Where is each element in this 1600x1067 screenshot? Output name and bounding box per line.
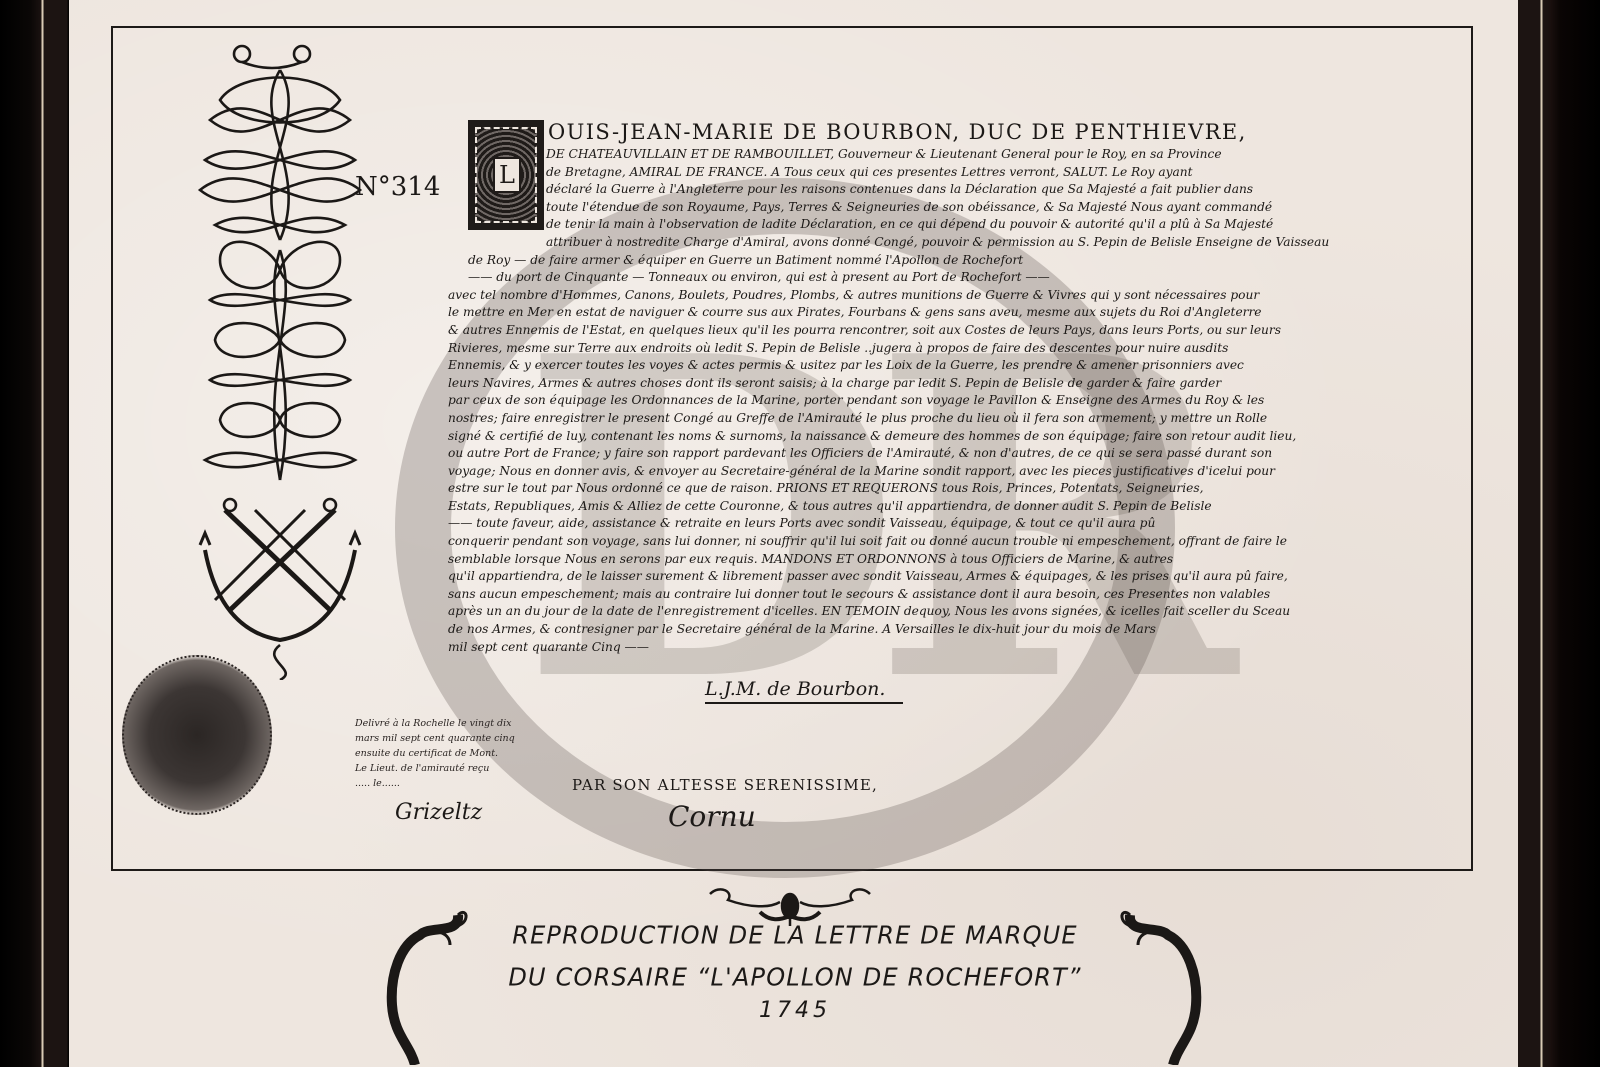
calligraphic-flourish-icon bbox=[180, 40, 380, 680]
body-line: ou autre Port de France; y faire son rap… bbox=[448, 445, 1278, 463]
bourbon-signature: L.J.M. de Bourbon. bbox=[705, 678, 903, 704]
attestation-line: PAR SON ALTESSE SERENISSIME, bbox=[572, 776, 878, 794]
body-line: mil sept cent quarante Cinq —— bbox=[448, 639, 1278, 657]
body-line: de Bretagne, AMIRAL DE FRANCE. A Tous ce… bbox=[448, 164, 1278, 182]
body-line: estre sur le tout par Nous ordonné ce qu… bbox=[448, 480, 1278, 498]
body-line: semblable lorsque Nous en serons par eux… bbox=[448, 551, 1278, 569]
letter-body: OUIS-JEAN-MARIE DE BOURBON, DUC DE PENTH… bbox=[448, 118, 1278, 656]
note-line: Delivré à la Rochelle le vingt dix bbox=[355, 716, 555, 731]
body-line: qu'il appartiendra, de le laisser sureme… bbox=[448, 568, 1278, 586]
caption-title: REPRODUCTION DE LA LETTRE DE MARQUE bbox=[380, 913, 1210, 957]
note-line: ensuite du certificat de Mont. bbox=[355, 746, 555, 761]
body-line: leurs Navires, Armes & autres choses don… bbox=[448, 375, 1278, 393]
body-line: voyage; Nous en donner avis, & envoyer a… bbox=[448, 463, 1278, 481]
body-line: signé & certifié de luy, contenant les n… bbox=[448, 428, 1278, 446]
body-line: Estats, Republiques, Amis & Alliez de ce… bbox=[448, 498, 1278, 516]
body-line: avec tel nombre d'Hommes, Canons, Boulet… bbox=[448, 287, 1278, 305]
body-line: Rivieres, mesme sur Terre aux endroits o… bbox=[448, 340, 1278, 358]
body-line: attribuer à nostredite Charge d'Amiral, … bbox=[448, 234, 1278, 252]
registration-note: Delivré à la Rochelle le vingt dix mars … bbox=[355, 716, 555, 791]
body-line: par ceux de son équipage les Ordonnances… bbox=[448, 392, 1278, 410]
letter-heading: OUIS-JEAN-MARIE DE BOURBON, DUC DE PENTH… bbox=[448, 118, 1278, 146]
body-line: DE CHATEAUVILLAIN ET DE RAMBOUILLET, Gou… bbox=[448, 146, 1278, 164]
body-line: nostres; faire enregistrer le present Co… bbox=[448, 410, 1278, 428]
body-line: de tenir la main à l'observation de ladi… bbox=[448, 216, 1278, 234]
body-line: le mettre en Mer en estat de naviguer & … bbox=[448, 304, 1278, 322]
body-line: de nos Armes, & contresigner par le Secr… bbox=[448, 621, 1278, 639]
body-line: —— du port de Cinquante — Tonneaux ou en… bbox=[448, 269, 1278, 287]
caption-subtitle: DU CORSAIRE “L'APOLLON DE ROCHEFORT” bbox=[380, 955, 1210, 999]
body-line: de Roy — de faire armer & équiper en Gue… bbox=[448, 252, 1278, 270]
secretary-signature: Cornu bbox=[668, 800, 756, 833]
note-line: ..... le...... bbox=[355, 776, 555, 791]
note-line: mars mil sept cent quarante cinq bbox=[355, 731, 555, 746]
body-line: Ennemis, & y exercer toutes les voyes & … bbox=[448, 357, 1278, 375]
wax-seal-stamp bbox=[122, 655, 272, 815]
body-line: & autres Ennemis de l'Estat, en quelques… bbox=[448, 322, 1278, 340]
body-line: conquerir pendant son voyage, sans lui d… bbox=[448, 533, 1278, 551]
note-line: Le Lieut. de l'amirauté reçu bbox=[355, 761, 555, 776]
document-number: N°314 bbox=[355, 172, 440, 202]
body-line: sans aucun empeschement; mais au contrai… bbox=[448, 586, 1278, 604]
registrar-signature: Grizeltz bbox=[395, 800, 482, 825]
caption: REPRODUCTION DE LA LETTRE DE MARQUE DU C… bbox=[380, 880, 1210, 1023]
body-line: déclaré la Guerre à l'Angleterre pour le… bbox=[448, 181, 1278, 199]
body-line: après un an du jour de la date de l'enre… bbox=[448, 603, 1278, 621]
body-line: toute l'étendue de son Royaume, Pays, Te… bbox=[448, 199, 1278, 217]
caption-year: 1745 bbox=[380, 998, 1210, 1023]
body-line: —— toute faveur, aide, assistance & retr… bbox=[448, 515, 1278, 533]
